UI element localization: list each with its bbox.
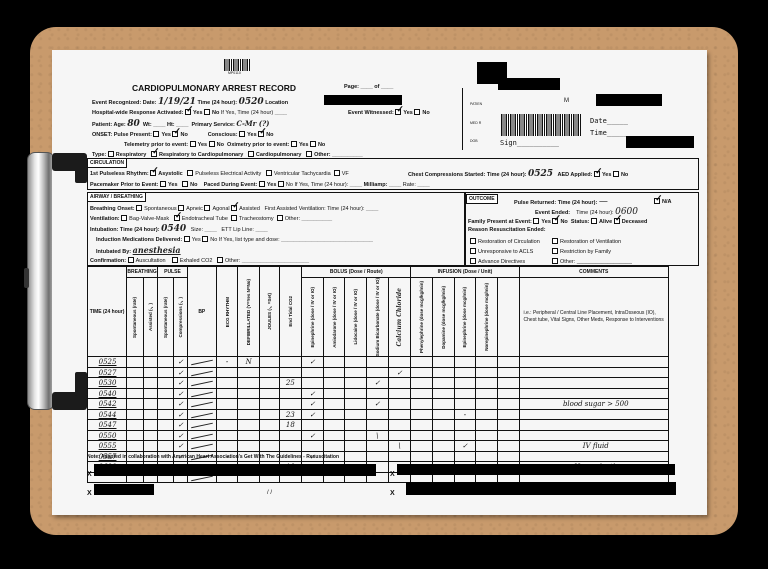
intubation-time[interactable]: 0540 (161, 224, 186, 234)
empty-cell[interactable] (345, 388, 367, 399)
empty-cell[interactable] (497, 441, 519, 452)
empty-cell[interactable] (411, 357, 433, 368)
empty-cell[interactable] (476, 378, 498, 389)
table-row: 0527✓✓ (88, 367, 669, 378)
outcome-header: OUTCOME (466, 194, 498, 204)
empty-cell[interactable] (432, 409, 454, 420)
conscious-yes-checkbox[interactable] (239, 131, 245, 137)
empty-cell[interactable] (259, 367, 279, 378)
ecg-cell[interactable] (216, 441, 238, 452)
empty-cell[interactable] (476, 451, 498, 462)
etco2-cell[interactable] (279, 430, 302, 441)
empty-cell[interactable] (158, 367, 174, 378)
inf-cell[interactable] (454, 420, 476, 431)
empty-cell[interactable] (432, 367, 454, 378)
bicarb-cell[interactable] (367, 357, 389, 368)
time-cell[interactable]: 0530 (88, 378, 127, 389)
patient-sex: M (564, 98, 569, 104)
other-cell[interactable] (388, 409, 411, 420)
col-time: TIME (24 hour) (88, 267, 127, 357)
empty-cell[interactable] (143, 378, 157, 389)
empty-cell[interactable] (411, 420, 433, 431)
form-barcode (224, 59, 250, 71)
bp-cell[interactable] (187, 378, 216, 389)
empty-cell[interactable] (476, 420, 498, 431)
empty-cell[interactable] (259, 430, 279, 441)
status-alive-checkbox[interactable] (591, 218, 597, 224)
other-cell[interactable] (388, 388, 411, 399)
empty-cell[interactable] (143, 399, 157, 410)
bicarb-cell[interactable] (367, 367, 389, 378)
intubated-by[interactable]: anesthesia (133, 245, 181, 255)
etco2-cell[interactable]: 23 (279, 409, 302, 420)
form-code: MP0110 (228, 72, 241, 76)
confirm-co2-checkbox[interactable] (172, 257, 178, 263)
family-no-checkbox[interactable] (552, 218, 558, 224)
bicarb-cell[interactable] (367, 388, 389, 399)
type-resp-to-cardio-checkbox[interactable] (151, 151, 157, 157)
comment-cell[interactable] (519, 430, 668, 441)
rhythm-vf-checkbox[interactable] (334, 170, 340, 176)
vent-trach-checkbox[interactable] (231, 215, 237, 221)
vent-bvm-checkbox[interactable] (121, 215, 127, 221)
etco2-cell[interactable] (279, 357, 302, 368)
induction-row: Induction Medications Delivered: Yes No … (96, 236, 373, 244)
empty-cell[interactable] (432, 399, 454, 410)
empty-cell[interactable] (345, 420, 367, 431)
label-divider (462, 88, 463, 150)
redacted-signature-4 (406, 482, 676, 495)
empty-cell[interactable] (127, 430, 143, 441)
inf-cell[interactable] (454, 430, 476, 441)
rhythm-asystolic-checkbox[interactable] (150, 170, 156, 176)
empty-cell[interactable] (323, 399, 345, 410)
rhythm-vt-checkbox[interactable] (266, 170, 272, 176)
time-cell[interactable]: 0540 (88, 388, 127, 399)
comment-cell[interactable]: blood sugar > 500 (519, 399, 668, 410)
comment-cell[interactable] (519, 378, 668, 389)
ecg-cell[interactable] (216, 430, 238, 441)
inf-cell[interactable] (454, 367, 476, 378)
empty-cell[interactable] (158, 420, 174, 431)
pulse-returned-time[interactable]: — (599, 197, 608, 207)
time-cell[interactable]: 0527 (88, 367, 127, 378)
bicarb-cell[interactable]: ✓ (367, 399, 389, 410)
comp-cell[interactable]: ✓ (174, 357, 187, 368)
col-phenylephrine: Phenylephrine (dose mcg/kg/min) (411, 278, 433, 357)
comment-cell[interactable] (519, 409, 668, 420)
onset-assisted-checkbox[interactable] (231, 205, 237, 211)
empty-cell[interactable] (411, 451, 433, 462)
empty-cell[interactable] (158, 357, 174, 368)
pulse-na-checkbox[interactable] (654, 198, 660, 204)
empty-cell[interactable] (259, 420, 279, 431)
empty-cell[interactable] (158, 388, 174, 399)
ecg-cell[interactable] (216, 399, 238, 410)
bp-cell[interactable] (187, 430, 216, 441)
defib-cell[interactable] (238, 399, 260, 410)
empty-cell[interactable] (127, 441, 143, 452)
med-abbr: MED R (470, 122, 481, 126)
empty-cell[interactable] (432, 378, 454, 389)
comp-cell[interactable]: ✓ (174, 409, 187, 420)
etco2-cell[interactable] (279, 388, 302, 399)
ecg-cell[interactable] (216, 378, 238, 389)
empty-cell[interactable] (476, 388, 498, 399)
epi-cell[interactable]: ✓ (302, 399, 324, 410)
confirm-auscultation-checkbox[interactable] (128, 257, 134, 263)
type-other-checkbox[interactable] (306, 151, 312, 157)
conscious-no-checkbox[interactable] (258, 131, 264, 137)
bp-cell[interactable] (187, 409, 216, 420)
comp-cell[interactable]: ✓ (174, 367, 187, 378)
empty-cell[interactable] (158, 441, 174, 452)
etco2-cell[interactable] (279, 399, 302, 410)
empty-cell[interactable] (432, 388, 454, 399)
empty-cell[interactable] (345, 451, 367, 462)
col-etco2: End Tidal CO2 (279, 267, 302, 357)
empty-cell[interactable] (497, 420, 519, 431)
dob-abbr: DOB (470, 140, 478, 144)
bp-cell[interactable] (187, 399, 216, 410)
epi-cell[interactable] (302, 367, 324, 378)
ecg-cell[interactable] (216, 409, 238, 420)
other-cell[interactable]: ✓ (388, 367, 411, 378)
pulse-no-checkbox[interactable] (172, 131, 178, 137)
empty-cell[interactable] (497, 399, 519, 410)
empty-cell[interactable] (432, 451, 454, 462)
pacemaker-row: Pacemaker Prior to Event: Yes No Paced D… (90, 181, 430, 189)
empty-cell[interactable] (497, 409, 519, 420)
onset-agonal-checkbox[interactable] (204, 205, 210, 211)
empty-cell[interactable] (143, 420, 157, 431)
empty-cell[interactable] (432, 441, 454, 452)
table-row: 0555✓\✓IV fluid (88, 441, 669, 452)
arrest-record-form: MP0110 CARDIOPULMONARY ARREST RECORD Pag… (52, 50, 707, 515)
page-label: Page: ____ of ____ (344, 85, 393, 91)
empty-cell[interactable] (497, 430, 519, 441)
empty-cell[interactable] (411, 399, 433, 410)
empty-cell[interactable] (323, 357, 345, 368)
inf-cell[interactable] (454, 399, 476, 410)
empty-cell[interactable] (476, 409, 498, 420)
empty-cell[interactable] (411, 388, 433, 399)
family-yes-checkbox[interactable] (533, 218, 539, 224)
inf-cell[interactable] (454, 378, 476, 389)
empty-cell[interactable] (345, 367, 367, 378)
ecg-cell[interactable] (216, 388, 238, 399)
pulse-yes-checkbox[interactable] (153, 131, 159, 137)
empty-cell[interactable] (411, 378, 433, 389)
empty-cell[interactable] (476, 430, 498, 441)
empty-cell[interactable] (476, 399, 498, 410)
induction-no-checkbox[interactable] (202, 236, 208, 242)
bp-cell[interactable] (187, 388, 216, 399)
reason-restriction-checkbox[interactable] (552, 248, 558, 254)
induction-yes-checkbox[interactable] (184, 236, 190, 242)
empty-cell[interactable] (476, 441, 498, 452)
comment-cell[interactable] (519, 357, 668, 368)
empty-cell[interactable] (259, 357, 279, 368)
reason-directives: Advance Directives (470, 258, 525, 266)
patient-age[interactable]: 80 (127, 119, 140, 129)
label-time: Time_____ (590, 130, 628, 137)
empty-cell[interactable] (323, 430, 345, 441)
empty-cell[interactable] (497, 451, 519, 462)
bicarb-cell[interactable] (367, 451, 389, 462)
bp-cell[interactable] (187, 357, 216, 368)
comment-cell[interactable] (519, 388, 668, 399)
empty-cell[interactable] (411, 409, 433, 420)
empty-cell[interactable] (127, 378, 143, 389)
other-cell[interactable]: \ (388, 441, 411, 452)
table-row: 0544✓23✓- (88, 409, 669, 420)
defib-cell[interactable] (238, 367, 260, 378)
empty-cell[interactable] (345, 357, 367, 368)
aed-no-checkbox[interactable] (613, 171, 619, 177)
empty-cell[interactable] (259, 388, 279, 399)
vent-other-checkbox[interactable] (277, 215, 283, 221)
empty-cell[interactable] (127, 409, 143, 420)
empty-cell[interactable] (143, 430, 157, 441)
etco2-cell[interactable]: 18 (279, 420, 302, 431)
redacted-signature-1 (94, 464, 376, 476)
time-cell[interactable]: 0544 (88, 409, 127, 420)
empty-cell[interactable] (143, 367, 157, 378)
reason-circulation-checkbox[interactable] (470, 238, 476, 244)
inf-cell[interactable] (454, 357, 476, 368)
empty-cell[interactable] (497, 367, 519, 378)
time-cell[interactable]: 0525 (88, 357, 127, 368)
empty-cell[interactable] (323, 367, 345, 378)
col-other-bolus: Calcium Chloride (388, 278, 411, 357)
redacted-location (324, 95, 402, 105)
reason-unresponsive: Unresponsive to ACLS (470, 248, 533, 256)
empty-cell[interactable] (345, 399, 367, 410)
bp-cell[interactable] (187, 420, 216, 431)
other-cell[interactable] (388, 357, 411, 368)
defib-cell[interactable] (238, 388, 260, 399)
col-spont-pulse: Spontaneous (rate) (158, 278, 174, 357)
bicarb-cell[interactable] (367, 420, 389, 431)
empty-cell[interactable] (411, 430, 433, 441)
other-cell[interactable] (388, 451, 411, 462)
type-cardiopulmonary-checkbox[interactable] (248, 151, 254, 157)
onset-spontaneous-checkbox[interactable] (136, 205, 142, 211)
response-yes-checkbox[interactable] (185, 109, 191, 115)
empty-cell[interactable] (158, 409, 174, 420)
empty-cell[interactable] (323, 378, 345, 389)
empty-cell[interactable] (259, 399, 279, 410)
empty-cell[interactable] (432, 420, 454, 431)
comp-cell[interactable]: ✓ (174, 441, 187, 452)
reason-unresponsive-checkbox[interactable] (470, 248, 476, 254)
inf-cell[interactable]: - (454, 409, 476, 420)
empty-cell[interactable] (127, 367, 143, 378)
redacted-patient-name-b (498, 78, 560, 90)
reason-ventilation-checkbox[interactable] (552, 238, 558, 244)
bicarb-cell[interactable]: \ (367, 430, 389, 441)
defib-cell[interactable] (238, 409, 260, 420)
time-cell[interactable]: 0547 (88, 420, 127, 431)
witnessed-yes-checkbox[interactable] (395, 109, 401, 115)
reason-restriction: Restriction by Family (552, 248, 611, 256)
empty-cell[interactable] (127, 420, 143, 431)
empty-cell[interactable] (158, 399, 174, 410)
group-breathing: BREATHING (127, 267, 158, 278)
ecg-cell[interactable]: - (216, 357, 238, 368)
defib-cell[interactable] (238, 430, 260, 441)
oximetry-yes-checkbox[interactable] (291, 141, 297, 147)
patient-barcode (501, 114, 581, 136)
vent-ett-checkbox[interactable] (174, 215, 180, 221)
empty-cell[interactable] (127, 399, 143, 410)
paced-no-checkbox[interactable] (278, 181, 284, 187)
table-row: 0540✓✓ (88, 388, 669, 399)
reason-other-checkbox[interactable] (552, 258, 558, 264)
epi-cell[interactable]: ✓ (302, 388, 324, 399)
empty-cell[interactable] (345, 441, 367, 452)
empty-cell[interactable] (432, 430, 454, 441)
empty-cell[interactable] (345, 378, 367, 389)
comp-cell[interactable]: ✓ (174, 430, 187, 441)
table-row: 0550✓✓\ (88, 430, 669, 441)
telemetry-no-checkbox[interactable] (209, 141, 215, 147)
defib-cell[interactable] (238, 420, 260, 431)
time-cell[interactable]: 0542 (88, 399, 127, 410)
empty-cell[interactable] (476, 357, 498, 368)
bp-cell[interactable] (187, 367, 216, 378)
witnessed-no-checkbox[interactable] (414, 109, 420, 115)
time-cell[interactable]: 0555 (88, 441, 127, 452)
oximetry-no-checkbox[interactable] (310, 141, 316, 147)
epi-cell[interactable]: ✓ (302, 409, 324, 420)
col-ecg: ECG RHYTHM (216, 267, 238, 357)
empty-cell[interactable] (345, 409, 367, 420)
comp-cell[interactable]: ✓ (174, 399, 187, 410)
aed-yes-checkbox[interactable] (594, 171, 600, 177)
comment-cell[interactable]: IV fluid (519, 441, 668, 452)
label-sign: Sign__________ (500, 140, 559, 147)
col-norepinephrine: Norepinephrine (dose mcg/min) (476, 278, 498, 357)
comment-cell[interactable] (519, 420, 668, 431)
empty-cell[interactable] (127, 357, 143, 368)
empty-cell[interactable] (497, 378, 519, 389)
event-time[interactable]: 0520 (239, 97, 264, 107)
etco2-cell[interactable] (279, 441, 302, 452)
comment-cell[interactable] (519, 451, 668, 462)
empty-cell[interactable] (323, 409, 345, 420)
empty-cell[interactable] (143, 441, 157, 452)
rhythm-pea-checkbox[interactable] (187, 170, 193, 176)
status-deceased-checkbox[interactable] (614, 218, 620, 224)
ecg-cell[interactable] (216, 420, 238, 431)
airway-header: AIRWAY / BREATHING (87, 192, 146, 202)
paced-yes-checkbox[interactable] (259, 181, 265, 187)
other-cell[interactable] (388, 378, 411, 389)
bicarb-cell[interactable]: ✓ (367, 378, 389, 389)
comp-cell[interactable]: ✓ (174, 420, 187, 431)
bicarb-cell[interactable] (367, 441, 389, 452)
inf-cell[interactable] (454, 388, 476, 399)
other-cell[interactable] (388, 420, 411, 431)
defib-cell[interactable]: N (238, 357, 260, 368)
empty-cell[interactable] (345, 430, 367, 441)
empty-cell[interactable] (432, 357, 454, 368)
confirm-other-checkbox[interactable] (217, 257, 223, 263)
empty-cell[interactable] (323, 441, 345, 452)
confirmation-row: Confirmation: Auscultation Exhaled CO2 O… (90, 257, 309, 265)
inf-cell[interactable] (454, 451, 476, 462)
telemetry-yes-checkbox[interactable] (190, 141, 196, 147)
empty-cell[interactable] (323, 388, 345, 399)
signature-x-1: X (87, 471, 92, 478)
other-cell[interactable] (388, 399, 411, 410)
defib-cell[interactable] (238, 441, 260, 452)
time-cell[interactable]: 0550 (88, 430, 127, 441)
empty-cell[interactable] (259, 409, 279, 420)
ecg-cell[interactable] (216, 367, 238, 378)
pacemaker-yes-checkbox[interactable] (160, 181, 166, 187)
comp-cell[interactable]: ✓ (174, 378, 187, 389)
empty-cell[interactable] (259, 378, 279, 389)
type-respiratory-checkbox[interactable] (108, 151, 114, 157)
col-amiodarone: Amiodarone (dose / IV or IO) (323, 278, 345, 357)
pacemaker-no-checkbox[interactable] (182, 181, 188, 187)
empty-cell[interactable] (411, 367, 433, 378)
response-no-checkbox[interactable] (204, 109, 210, 115)
col-bp: BP (187, 267, 216, 357)
bicarb-cell[interactable] (367, 409, 389, 420)
empty-cell[interactable] (158, 430, 174, 441)
epi-cell[interactable] (302, 441, 324, 452)
empty-cell[interactable] (411, 441, 433, 452)
bp-cell[interactable] (187, 441, 216, 452)
empty-cell[interactable] (476, 367, 498, 378)
empty-cell[interactable] (497, 357, 519, 368)
comments-hint: i.e.: Peripheral / Central Line Placemen… (519, 278, 668, 357)
col-dopamine: Dopamine (dose mcg/kg/min) (432, 278, 454, 357)
empty-cell[interactable] (323, 420, 345, 431)
empty-cell[interactable] (127, 388, 143, 399)
group-infusion: INFUSION (Dose / Unit) (411, 267, 519, 278)
compressions-time[interactable]: 0525 (528, 169, 553, 179)
empty-cell[interactable] (143, 357, 157, 368)
etco2-cell[interactable]: 25 (279, 378, 302, 389)
defib-cell[interactable] (238, 378, 260, 389)
epi-cell[interactable]: ✓ (302, 357, 324, 368)
table-row: 0530✓25✓ (88, 378, 669, 389)
reason-directives-checkbox[interactable] (470, 258, 476, 264)
event-ended-row: Event Ended: Time (24 hour): 0600 (535, 208, 638, 217)
empty-cell[interactable] (158, 378, 174, 389)
etco2-cell[interactable] (279, 367, 302, 378)
group-bolus: BOLUS (Dose / Route) (302, 267, 411, 278)
empty-cell[interactable] (143, 409, 157, 420)
epi-cell[interactable] (302, 378, 324, 389)
empty-cell[interactable] (143, 388, 157, 399)
other-cell[interactable] (388, 430, 411, 441)
empty-cell[interactable] (497, 388, 519, 399)
empty-cell[interactable] (259, 441, 279, 452)
epi-cell[interactable] (302, 420, 324, 431)
epi-cell[interactable]: ✓ (302, 430, 324, 441)
comp-cell[interactable]: ✓ (174, 388, 187, 399)
comment-cell[interactable] (519, 367, 668, 378)
patient-abbr: PATIEN (470, 103, 482, 107)
inf-cell[interactable]: ✓ (454, 441, 476, 452)
redacted-signature (626, 136, 694, 148)
